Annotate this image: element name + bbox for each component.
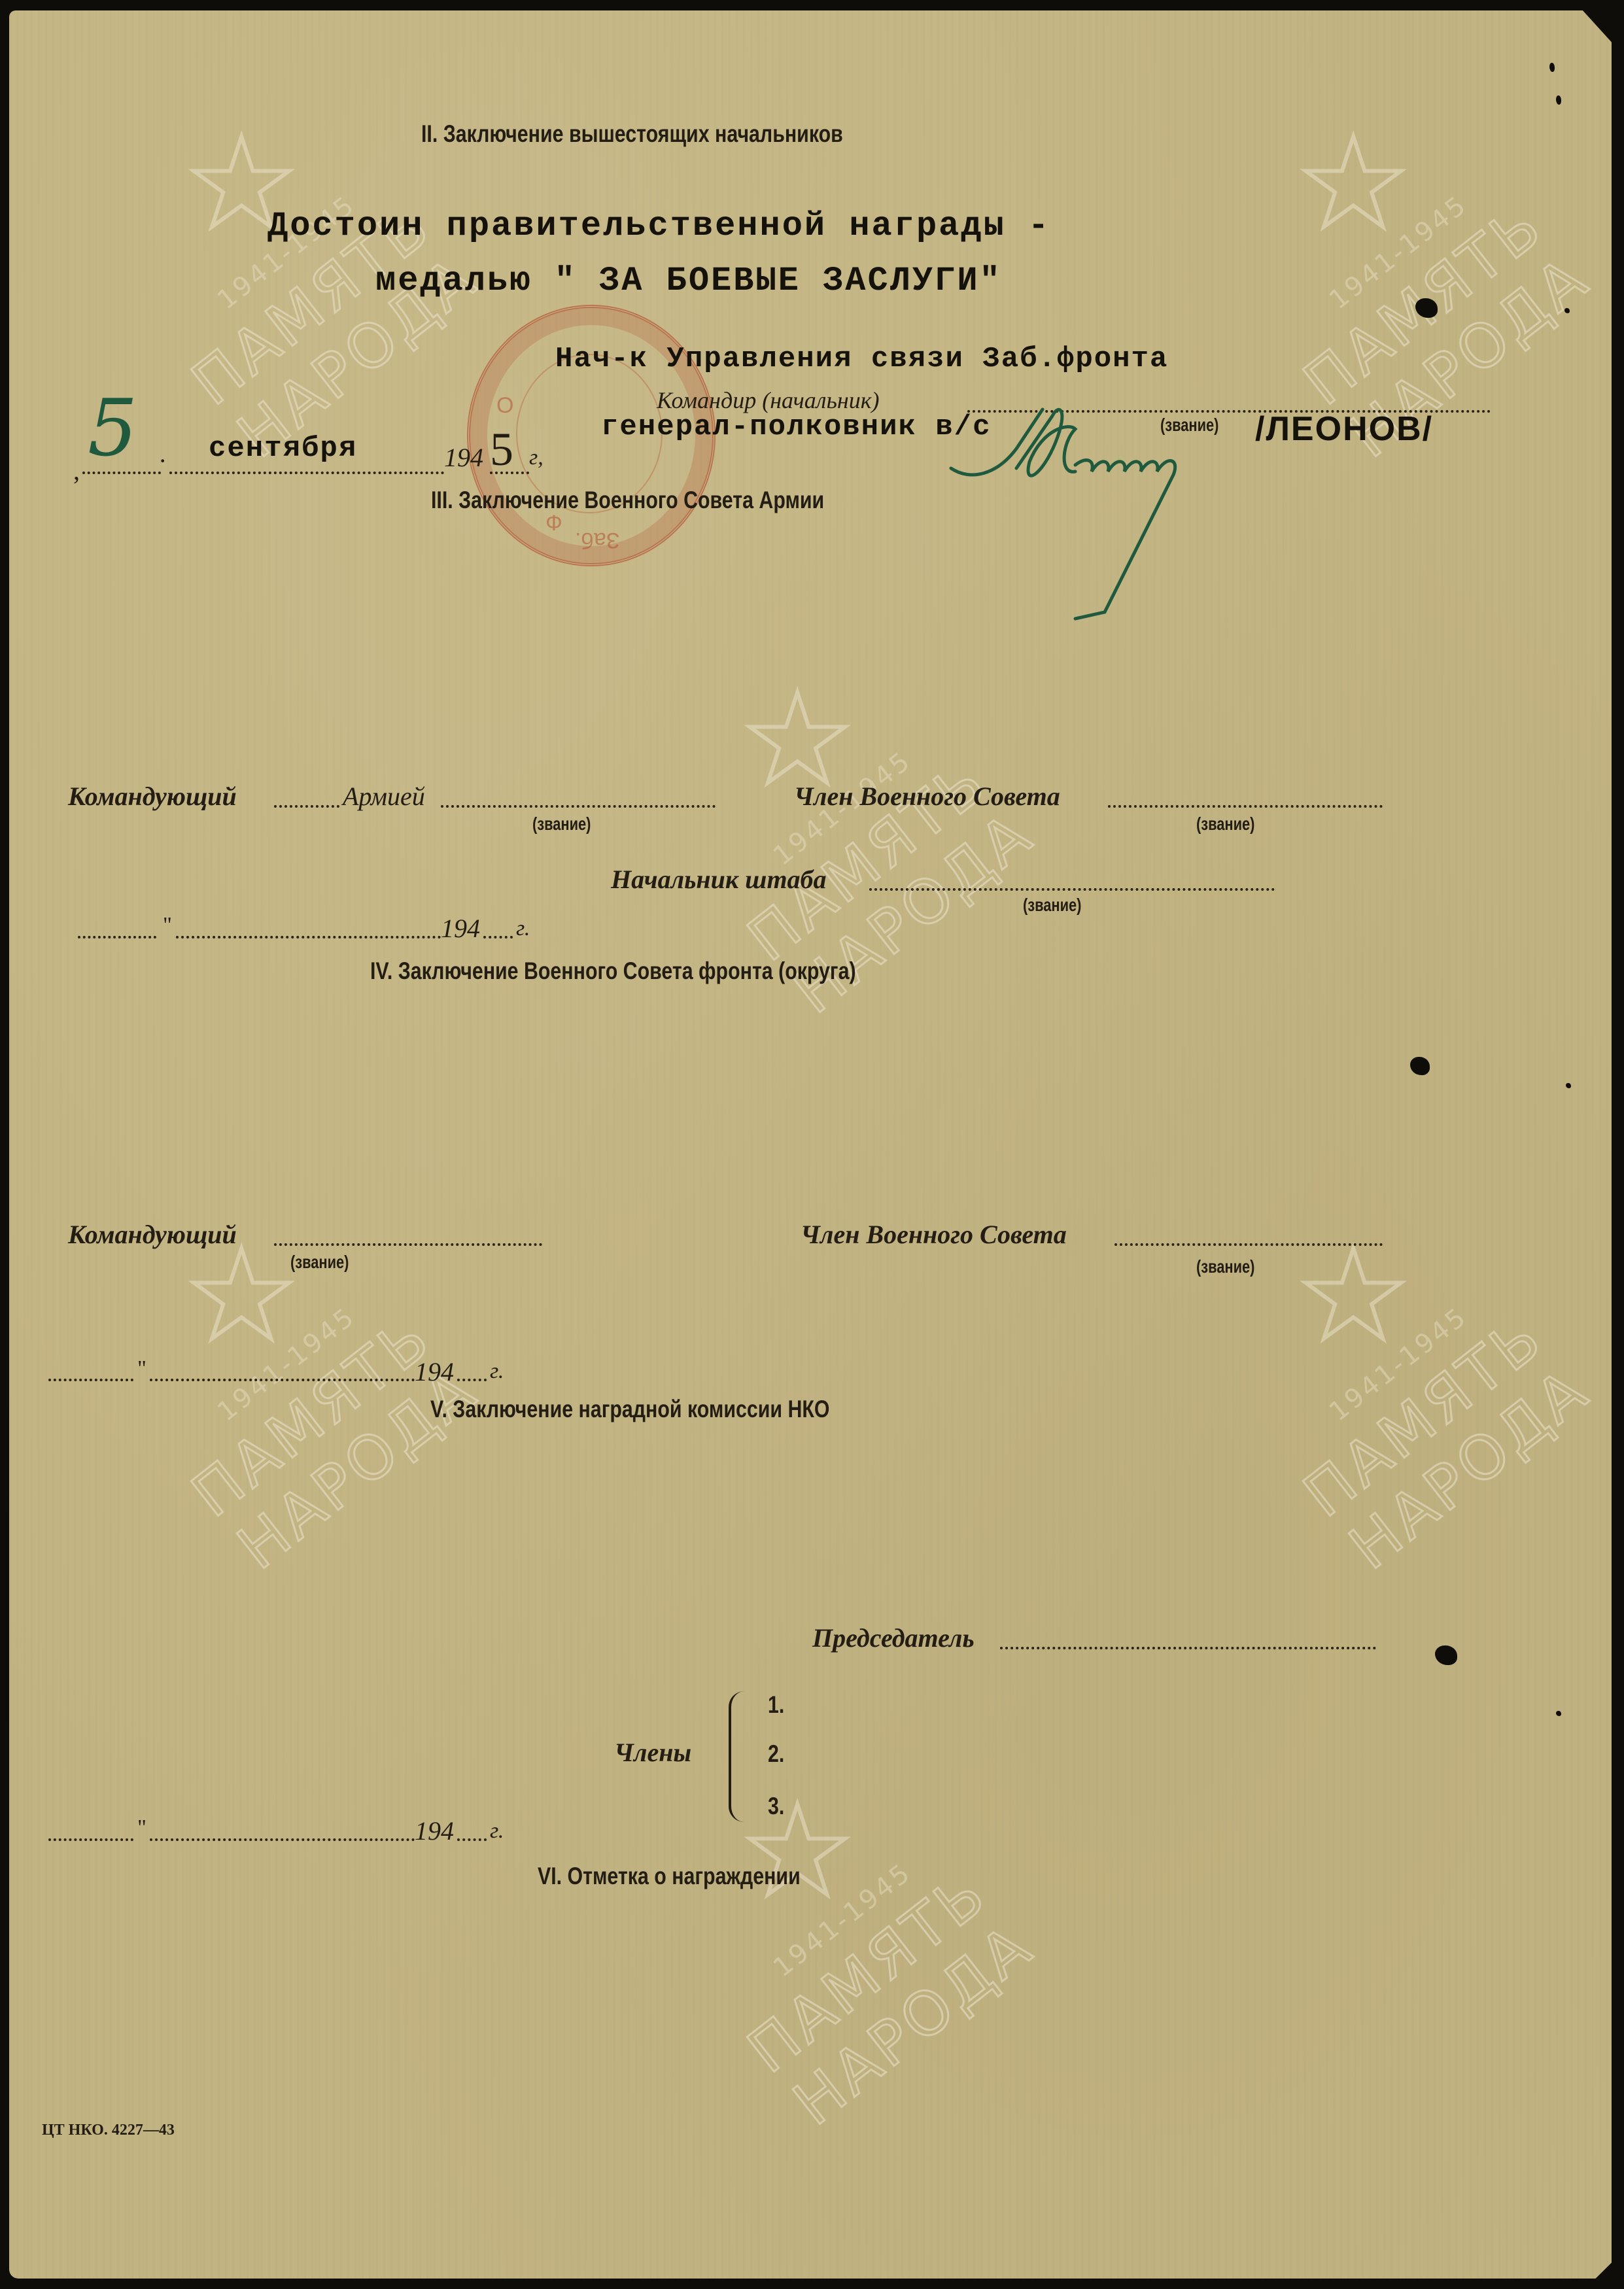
army-council-member-label: Член Военного Совета — [794, 781, 1060, 812]
watermark-bottom-center: ★ 1941-1945 ПАМЯТЬ НАРОДА — [722, 1796, 1049, 2123]
front-commander-label: Командующий — [68, 1219, 237, 1250]
chief-of-staff-label: Начальник штаба — [611, 864, 827, 895]
section-2-title: II. Заключение вышестоящих начальников — [421, 120, 843, 148]
members-label: Члены — [614, 1737, 691, 1768]
print-code: ЦТ НКО. 4227—43 — [42, 2122, 175, 2139]
watermark-top-right: ★ 1941-1945 ПАМЯТЬ НАРОДА — [1278, 128, 1605, 455]
members-brace — [729, 1691, 744, 1822]
commander-surname: /ЛЕОНОВ/ — [1255, 409, 1433, 449]
date-day: 5 — [88, 383, 137, 474]
member-2: 2. — [768, 1740, 784, 1768]
member-3: 3. — [768, 1793, 784, 1820]
star-icon: ★ — [742, 1789, 853, 1914]
star-icon: ★ — [1298, 1233, 1409, 1358]
front-date-g: г. — [490, 1359, 504, 1384]
front-council-member-label: Член Военного Совета — [801, 1219, 1067, 1250]
section-5-title: V. Заключение наградной комиссии НКО — [430, 1396, 830, 1423]
date-opening-quote: , — [73, 455, 80, 486]
front-commander-rank-caption: (звание) — [290, 1252, 349, 1273]
commander-label: Командир (начальник) — [657, 387, 880, 414]
army-council-rank-caption: (звание) — [1196, 814, 1254, 835]
binding-hole — [1435, 1645, 1457, 1665]
army-commander-label: Командующий — [68, 781, 237, 812]
chairman-label: Председатель — [812, 1623, 975, 1653]
date-month: сентября — [209, 432, 357, 465]
watermark-mid-right: ★ 1941-1945 ПАМЯТЬ НАРОДА — [1278, 1240, 1605, 1567]
nko-date-g: г. — [490, 1819, 504, 1844]
member-1: 1. — [768, 1691, 784, 1719]
front-council-rank-caption: (звание) — [1196, 1256, 1254, 1277]
date-g: г, — [529, 445, 544, 470]
date-year-suffix: 5 — [490, 422, 513, 477]
award-worthy-line: Достоин правительственной награды - — [268, 207, 1050, 245]
commander-rank: генерал-полковник в/с — [601, 411, 992, 443]
front-date-year: 194 — [415, 1356, 454, 1387]
section-4-title: IV. Заключение Военного Совета фронта (о… — [370, 957, 856, 985]
commander-position: Нач-к Управления связи Заб.фронта — [555, 343, 1168, 375]
star-icon: ★ — [186, 1233, 297, 1358]
date-year-prefix: 194 — [444, 442, 483, 473]
chief-of-staff-rank-caption: (звание) — [1023, 895, 1081, 916]
medal-name-line: медалью " ЗА БОЕВЫЕ ЗАСЛУГИ" — [375, 262, 1002, 300]
army-date-year: 194 — [441, 913, 480, 944]
army-commander-rank-caption: (звание) — [532, 814, 591, 835]
nko-date-year: 194 — [415, 1816, 454, 1846]
binding-hole — [1410, 1057, 1430, 1075]
section-6-title: VI. Отметка о награждении — [538, 1863, 801, 1890]
binding-hole — [1415, 298, 1438, 318]
document-page: ★ 1941-1945 ПАМЯТЬ НАРОДА ★ 1941-1945 ПА… — [9, 10, 1612, 2279]
commander-signature — [944, 403, 1271, 625]
army-date-g: г. — [516, 916, 530, 941]
star-icon: ★ — [1298, 122, 1409, 246]
section-3-title: III. Заключение Военного Совета Армии — [431, 487, 824, 514]
army-commander-value: Армией — [343, 781, 425, 812]
